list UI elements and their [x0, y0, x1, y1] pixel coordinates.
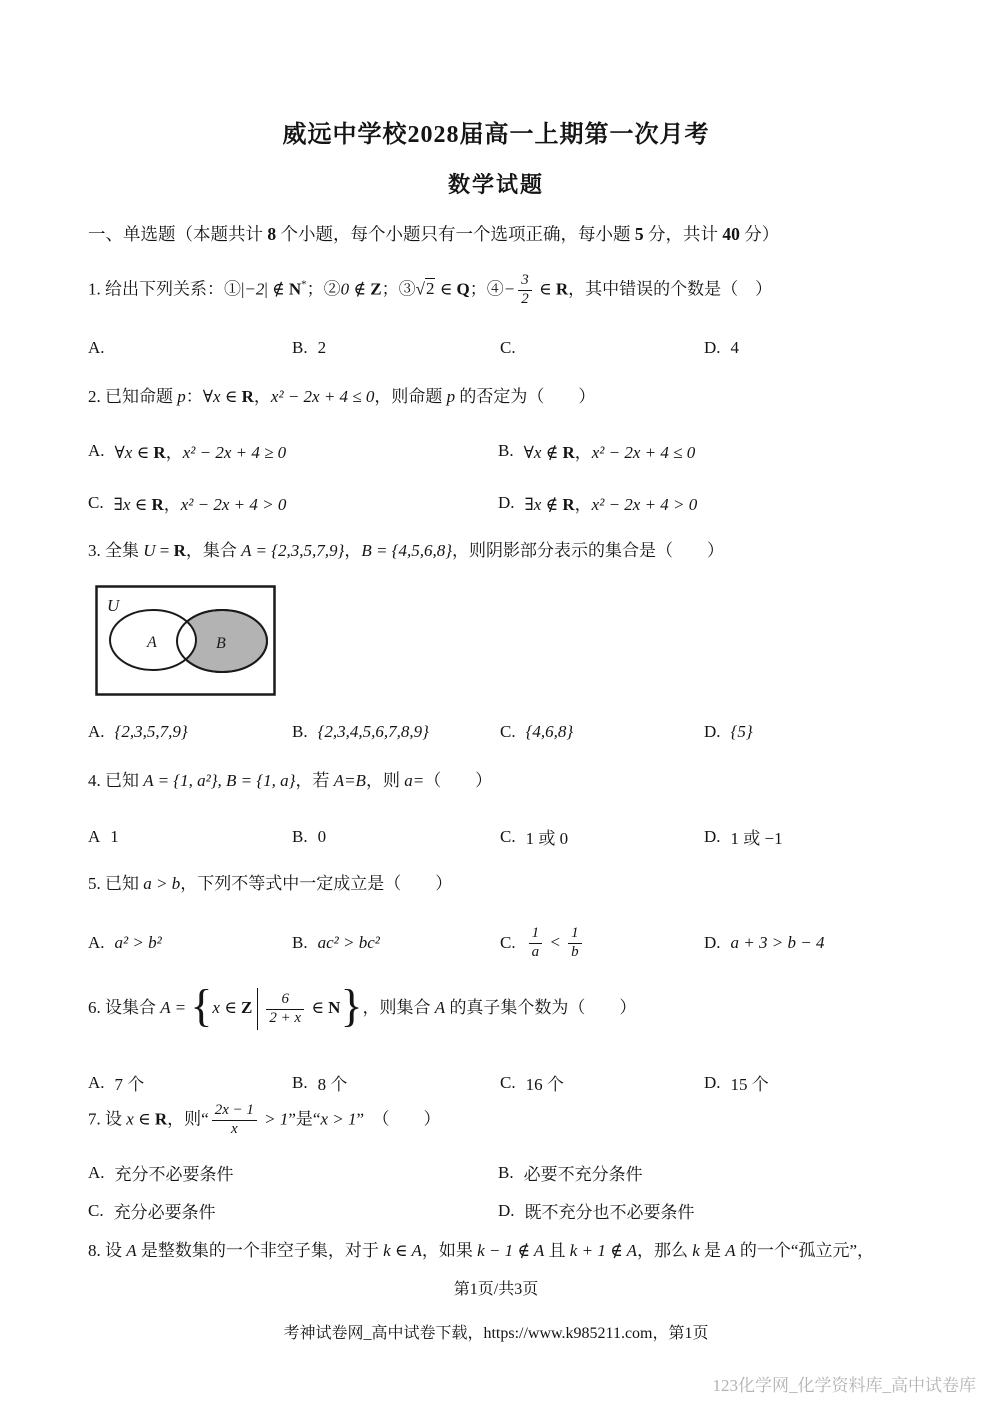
footer-link: 考神试卷网_高中试卷下载，https://www.k985211.com，第1页: [0, 1320, 992, 1343]
m-text: x ∈: [212, 998, 241, 1017]
option-item: D.{5}: [704, 722, 962, 742]
m-text: x² − 2x + 4 ≥ 0: [183, 443, 286, 462]
option-item: D.4: [704, 338, 962, 358]
m-text: b: [571, 944, 578, 960]
option-value: {2,3,4,5,6,7,8,9}: [318, 722, 429, 742]
question-6-options: A.7 个B.8 个C.16 个D.15 个: [88, 1070, 962, 1095]
zh-text: ”是“: [288, 1109, 320, 1128]
option-label: D.: [704, 933, 721, 953]
option-label: C.: [500, 827, 516, 847]
m-text: k ∈ A: [383, 1241, 422, 1260]
option-item: D.1 或 −1: [704, 824, 962, 849]
option-item: C.: [500, 338, 704, 358]
m-text: ac² > bc²: [318, 933, 380, 952]
m-text: {2,3,4,5,6,7,8,9}: [318, 722, 429, 741]
m-text: −2: [244, 279, 264, 298]
option-value: 4: [731, 338, 740, 358]
zh-text: ，集合: [186, 541, 241, 560]
option-value: a² > b²: [115, 933, 162, 953]
m-text: ∀x ∉: [524, 443, 563, 462]
m-text: 2 + x: [269, 1010, 301, 1026]
zh-text: 15 个: [731, 1075, 769, 1094]
fden-text: b: [568, 944, 581, 962]
question-3-options: A.{2,3,5,7,9}B.{2,3,4,5,6,7,8,9}C.{4,6,8…: [88, 722, 962, 742]
zh-text: ；③: [382, 279, 416, 298]
zh-text: ，则命题: [374, 387, 446, 406]
option-label: D.: [704, 1073, 721, 1093]
zh-text: ，: [575, 443, 592, 462]
zh-text: ，其中错误的个数是（ ）: [568, 279, 772, 298]
option-value: 1 或 0: [526, 824, 569, 849]
m-text: 6: [281, 991, 288, 1007]
zh-text: 充分不必要条件: [115, 1165, 234, 1184]
option-item: C.{4,6,8}: [500, 722, 704, 742]
option-value: ∃x ∉ R，x² − 2x + 4 > 0: [525, 490, 698, 515]
option-item: C.1 或 0: [500, 824, 704, 849]
m-text: 1: [532, 925, 539, 941]
doc-subtitle: 数学试题: [0, 168, 992, 199]
option-item: A.7 个: [88, 1070, 292, 1095]
option-item: B.必要不充分条件: [498, 1160, 962, 1185]
m-text: ∈: [435, 279, 456, 298]
option-value: {5}: [731, 722, 753, 742]
m-text: x² − 2x + 4 > 0: [181, 495, 287, 514]
zh-text: 8. 设: [88, 1241, 126, 1260]
option-value: 2: [318, 338, 327, 358]
mb-text: Q: [457, 279, 470, 298]
m-text: a: [532, 944, 539, 960]
option-label: A.: [88, 1073, 105, 1093]
question-5-stem: 5. 已知 a > b，下列不等式中一定成立是（ ）: [88, 873, 962, 896]
question-3-stem: 3. 全集 U = R，集合 A = {2,3,5,7,9}，B = {4,5,…: [88, 540, 962, 563]
option-value: 0: [318, 827, 327, 847]
zh-text: 且: [544, 1241, 570, 1260]
zh-text: ，: [344, 541, 361, 560]
option-item: D.15 个: [704, 1070, 962, 1095]
m-text: 2: [521, 291, 528, 307]
mb-text: R: [556, 279, 568, 298]
m-text: U: [143, 541, 155, 560]
option-label: D.: [704, 338, 721, 358]
zh-text: =: [156, 541, 174, 560]
m-text: 0 ∉: [341, 279, 371, 298]
m-text: a² > b²: [115, 933, 162, 952]
mb-text: 40: [722, 224, 740, 244]
doc-title: 威远中学校2028届高一上期第一次月考: [0, 114, 992, 149]
zh-text: ，若: [295, 771, 333, 790]
option-label: C.: [500, 338, 516, 358]
m-text: 1: [571, 925, 578, 941]
option-value: a + 3 > b − 4: [731, 933, 825, 953]
option-label: B.: [292, 827, 308, 847]
zh-text: ，则: [366, 771, 404, 790]
m-text: x² − 2x + 4 ≤ 0: [271, 387, 374, 406]
m-text: B: [361, 541, 371, 560]
option-label: A.: [88, 338, 105, 358]
m-text: x² − 2x + 4 > 0: [592, 495, 698, 514]
m-text: 3: [521, 272, 528, 288]
option-item: B.2: [292, 338, 500, 358]
zh-text: 6. 设集合: [88, 998, 160, 1017]
zh-text: ，则“: [167, 1109, 209, 1128]
option-label: D.: [498, 493, 515, 513]
m-text: ∃x ∉: [525, 495, 563, 514]
mb-text: 2028: [408, 122, 460, 148]
option-label: C.: [500, 1073, 516, 1093]
option-label: B.: [292, 1073, 308, 1093]
m-text: > 1: [260, 1109, 288, 1128]
option-label: B.: [498, 1163, 514, 1183]
m-text: {5}: [731, 722, 753, 741]
m-text: A: [725, 1241, 735, 1260]
question-6-stem: 6. 设集合 A = {x ∈ Z62 + x ∈ N}，则集合 A 的真子集个…: [88, 988, 962, 1030]
fraction: 62 + x: [266, 991, 304, 1028]
bigb-text: {: [190, 980, 212, 1031]
zh-text: 1 或 −1: [731, 829, 783, 848]
option-item: C.16 个: [500, 1070, 704, 1095]
option-item: A.: [88, 338, 292, 358]
m-text: A: [143, 771, 153, 790]
m-text: k − 1 ∉ A: [477, 1241, 544, 1260]
option-value: 既不充分也不必要条件: [525, 1198, 695, 1223]
mb-text: 5: [635, 224, 644, 244]
m-text: x ∈: [126, 1109, 155, 1128]
m-text: x² − 2x + 4 ≤ 0: [592, 443, 695, 462]
zh-text: 4. 已知: [88, 771, 143, 790]
zh-text: ，: [254, 387, 271, 406]
mb-text: Z: [370, 279, 381, 298]
zh-text: 分）: [740, 224, 779, 244]
option-value: ac² > bc²: [318, 933, 380, 953]
zh-text: 威远中学校: [283, 122, 408, 148]
question-7-options-cd: C.充分必要条件D.既不充分也不必要条件: [88, 1198, 962, 1223]
zh-text: 的真子集个数为（ ）: [445, 998, 636, 1017]
m-text: = {2,3,5,7,9}: [251, 541, 344, 560]
option-item: A.∀x ∈ R，x² − 2x + 4 ≥ 0: [88, 438, 498, 463]
option-value: 8 个: [318, 1070, 348, 1095]
option-label: D.: [498, 1201, 515, 1221]
m-text: a + 3 > b − 4: [731, 933, 825, 952]
zh-text: 2. 已知命题: [88, 387, 177, 406]
option-label: C.: [88, 1201, 104, 1221]
m-text: = {4,5,6,8}: [372, 541, 452, 560]
option-value: 充分必要条件: [114, 1198, 216, 1223]
option-item: D.既不充分也不必要条件: [498, 1198, 962, 1223]
option-item: C.1a < 1b: [500, 925, 704, 962]
mb-text: R: [151, 495, 163, 514]
option-label: B.: [292, 933, 308, 953]
exam-page: 威远中学校2028届高一上期第一次月考 数学试题 一、单选题（本题共计 8 个小…: [0, 0, 992, 1404]
watermark: 123化学网_化学资料库_高中试卷库: [713, 1371, 977, 1396]
fraction: 2x − 1x: [212, 1102, 257, 1139]
zh-text: 2: [318, 338, 327, 357]
question-7-options-ab: A.充分不必要条件B.必要不充分条件: [88, 1160, 962, 1185]
m-text: p: [447, 387, 456, 406]
zh-text: 必要不充分条件: [524, 1165, 643, 1184]
zh-text: 既不充分也不必要条件: [525, 1203, 695, 1222]
zh-text: ，则阴影部分表示的集合是（ ）: [452, 541, 724, 560]
zh-text: 充分必要条件: [114, 1203, 216, 1222]
m-text: ∈: [535, 279, 556, 298]
option-label: C.: [500, 933, 516, 953]
fden-text: a: [529, 944, 542, 962]
option-value: 15 个: [731, 1070, 769, 1095]
m-text: A: [241, 541, 251, 560]
option-item: B.ac² > bc²: [292, 925, 500, 962]
mb-text: N: [328, 998, 340, 1017]
zh-text: 的一个“孤立元”，: [736, 1241, 874, 1260]
option-label: A.: [88, 722, 105, 742]
bigb-text: }: [340, 980, 362, 1031]
fraction: 1b: [568, 925, 581, 962]
question-4-stem: 4. 已知 A = {1, a²}, B = {1, a}，若 A=B，则 a=…: [88, 770, 962, 793]
zh-text: ” （ ）: [357, 1109, 441, 1128]
mb-text: R: [155, 1109, 167, 1128]
zh-text: 1: [110, 827, 119, 846]
question-8-stem: 8. 设 A 是整数集的一个非空子集，对于 k ∈ A，如果 k − 1 ∉ A…: [88, 1240, 962, 1263]
zh-text: ，: [575, 495, 592, 514]
fnum-text: 1: [529, 925, 542, 944]
fnum-text: 1: [568, 925, 581, 944]
m-text: x: [231, 1121, 238, 1137]
option-item: C.∃x ∈ R，x² − 2x + 4 > 0: [88, 490, 498, 515]
mb-text: R: [242, 387, 254, 406]
m-text: −: [504, 279, 515, 298]
option-label: B.: [292, 722, 308, 742]
m-text: x > 1: [320, 1109, 356, 1128]
option-label: C.: [88, 493, 104, 513]
zh-text: 个小题，每个小题只有一个选项正确，每小题: [276, 224, 635, 244]
mb-text: N: [289, 279, 301, 298]
section-header: 一、单选题（本题共计 8 个小题，每个小题只有一个选项正确，每小题 5 分，共计…: [88, 221, 962, 246]
option-value: ∀x ∈ R，x² − 2x + 4 ≥ 0: [115, 438, 287, 463]
zh-text: ：: [186, 387, 203, 406]
option-item: B.∀x ∉ R，x² − 2x + 4 ≤ 0: [498, 438, 962, 463]
m-text: ∉: [268, 279, 289, 298]
m-text: ∃x ∈: [114, 495, 152, 514]
m-text: A: [160, 998, 170, 1017]
zh-text: 5. 已知: [88, 874, 143, 893]
option-item: B.8 个: [292, 1070, 500, 1095]
m-text: A=B: [334, 771, 366, 790]
option-label: D.: [704, 722, 721, 742]
option-label: A.: [88, 441, 105, 461]
option-item: D.∃x ∉ R，x² − 2x + 4 > 0: [498, 490, 962, 515]
mb-text: 8: [267, 224, 276, 244]
option-value: {2,3,5,7,9}: [115, 722, 188, 742]
fnum-text: 6: [266, 991, 304, 1010]
fden-text: 2 + x: [266, 1010, 304, 1028]
zh-text: ，: [166, 443, 183, 462]
m-text: = {1, a²}, B = {1, a}: [153, 771, 295, 790]
mb-text: R: [562, 495, 574, 514]
zh-text: 届高一上期第一次月考: [460, 122, 710, 148]
fraction: 32: [518, 272, 531, 309]
mb-text: R: [174, 541, 186, 560]
option-value: {4,6,8}: [526, 722, 574, 742]
zh-text: 一、单选题（本题共计: [88, 224, 267, 244]
question-7-stem: 7. 设 x ∈ R，则“2x − 1x > 1”是“x > 1” （ ）: [88, 1102, 962, 1139]
option-item: C.充分必要条件: [88, 1198, 498, 1223]
fden-text: x: [212, 1121, 257, 1139]
fraction: 1a: [529, 925, 542, 962]
zh-text: 7 个: [115, 1075, 145, 1094]
m-text: A: [435, 998, 445, 1017]
m-text: a > b: [143, 874, 180, 893]
option-item: D.a + 3 > b − 4: [704, 925, 962, 962]
zh-text: ，则集合: [363, 998, 435, 1017]
mb-text: Z: [241, 998, 252, 1017]
question-1-stem: 1. 给出下列关系：①|−2| ∉ N*；②0 ∉ Z；③√2 ∈ Q；④−32…: [88, 272, 962, 309]
option-item: A.{2,3,5,7,9}: [88, 722, 292, 742]
page-number: 第1页/共3页: [0, 1276, 992, 1299]
zh-text: 1 或 0: [526, 829, 569, 848]
venn-diagram: U A B: [95, 585, 276, 701]
option-value: 必要不充分条件: [524, 1160, 643, 1185]
rad-text: 2: [425, 278, 436, 298]
m-text: ∀x ∈: [203, 387, 242, 406]
option-label: C.: [500, 722, 516, 742]
zh-text: 的否定为（ ）: [455, 387, 595, 406]
option-item: B.0: [292, 824, 500, 849]
option-value: 1 或 −1: [731, 824, 783, 849]
fnum-text: 3: [518, 272, 531, 291]
mb-text: R: [562, 443, 574, 462]
rsign-text: √: [416, 279, 425, 298]
option-label: A.: [88, 933, 105, 953]
zh-text: 是: [700, 1241, 726, 1260]
m-text: <: [545, 932, 565, 951]
m-text: p: [177, 387, 186, 406]
zh-text: ；②: [307, 279, 341, 298]
option-label: A: [88, 827, 100, 847]
zh-text: （ ）: [424, 771, 492, 790]
zh-text: 是整数集的一个非空子集，对于: [137, 1241, 384, 1260]
m-text: {4,6,8}: [526, 722, 574, 741]
option-value: 1a < 1b: [526, 925, 585, 962]
question-2-stem: 2. 已知命题 p：∀x ∈ R，x² − 2x + 4 ≤ 0，则命题 p 的…: [88, 386, 962, 409]
m-text: A: [126, 1241, 136, 1260]
option-label: B.: [498, 441, 514, 461]
question-1-options: A.B.2C.D.4: [88, 338, 962, 358]
zh-text: ，: [164, 495, 181, 514]
zh-text: 0: [318, 827, 327, 846]
zh-text: 7. 设: [88, 1109, 126, 1128]
venn-b-label: B: [216, 635, 226, 652]
m-text: ∀x ∈: [115, 443, 154, 462]
m-text: a=: [404, 771, 424, 790]
m-text: {2,3,5,7,9}: [115, 722, 188, 741]
zh-text: ，下列不等式中一定成立是（ ）: [180, 874, 452, 893]
venn-u-label: U: [107, 596, 121, 615]
zh-text: 3. 全集: [88, 541, 143, 560]
question-4-options: A1B.0C.1 或 0D.1 或 −1: [88, 824, 962, 849]
option-value: ∀x ∉ R，x² − 2x + 4 ≤ 0: [524, 438, 696, 463]
venn-a-label: A: [146, 634, 157, 651]
zh-text: ，如果: [422, 1241, 477, 1260]
option-item: A.充分不必要条件: [88, 1160, 498, 1185]
m-text: k: [692, 1241, 700, 1260]
m-text: ∈: [307, 998, 328, 1017]
zh-text: ；④: [470, 279, 504, 298]
zh-text: 1. 给出下列关系：①: [88, 279, 241, 298]
question-5-options: A.a² > b²B.ac² > bc²C.1a < 1bD.a + 3 > b…: [88, 925, 962, 962]
radical: √2: [416, 278, 436, 298]
zh-text: ，那么: [637, 1241, 692, 1260]
option-item: A1: [88, 824, 292, 849]
option-item: B.{2,3,4,5,6,7,8,9}: [292, 722, 500, 742]
question-2-options-cd: C.∃x ∈ R，x² − 2x + 4 > 0D.∃x ∉ R，x² − 2x…: [88, 490, 962, 515]
fnum-text: 2x − 1: [212, 1102, 257, 1121]
mb-text: R: [153, 443, 165, 462]
question-2-options-ab: A.∀x ∈ R，x² − 2x + 4 ≥ 0B.∀x ∉ R，x² − 2x…: [88, 438, 962, 463]
m-text: 2x − 1: [215, 1102, 254, 1118]
m-text: k + 1 ∉ A: [570, 1241, 637, 1260]
option-value: 充分不必要条件: [115, 1160, 234, 1185]
option-value: 7 个: [115, 1070, 145, 1095]
m-text: =: [170, 998, 190, 1017]
option-label: A.: [88, 1163, 105, 1183]
option-value: ∃x ∈ R，x² − 2x + 4 > 0: [114, 490, 287, 515]
fden-text: 2: [518, 291, 531, 309]
option-value: 1: [110, 827, 119, 847]
set-builder-bar: [257, 988, 258, 1030]
option-value: 16 个: [526, 1070, 564, 1095]
zh-text: 16 个: [526, 1075, 564, 1094]
option-item: A.a² > b²: [88, 925, 292, 962]
zh-text: 8 个: [318, 1075, 348, 1094]
zh-text: 分，共计: [644, 224, 723, 244]
option-label: D.: [704, 827, 721, 847]
zh-text: 4: [731, 338, 740, 357]
option-label: B.: [292, 338, 308, 358]
